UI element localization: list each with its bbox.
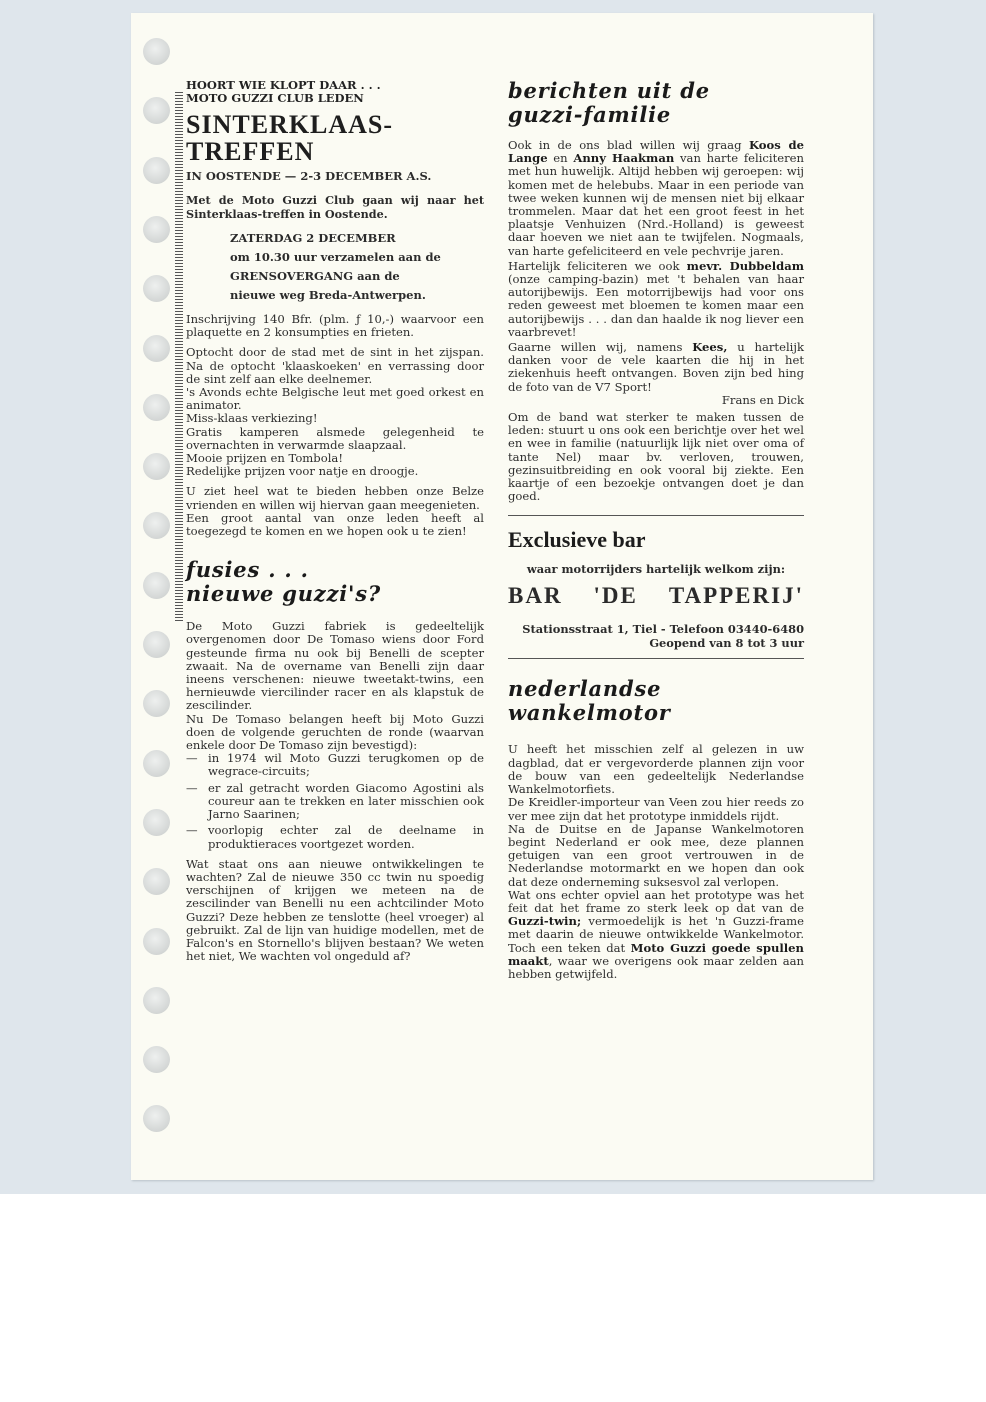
article-title: SINTERKLAAS- TREFFEN <box>186 111 484 165</box>
binder-hole <box>143 868 170 895</box>
paragraph: Een groot aantal van onze leden heeft al… <box>186 512 484 538</box>
paragraph: De Kreidler-importeur van Veen zou hier … <box>508 796 804 822</box>
binder-hole <box>143 512 170 539</box>
heading-line: fusies . . . <box>186 558 484 582</box>
binder-hole <box>143 572 170 599</box>
binder-hole <box>143 97 170 124</box>
name-highlight: Anny Haakman <box>573 151 674 165</box>
paragraph: De Moto Guzzi fabriek is gedeeltelijk ov… <box>186 620 484 712</box>
binder-hole <box>143 453 170 480</box>
paragraph: Gaarne willen wij, namens Kees, u hartel… <box>508 341 804 394</box>
signature: Frans en Dick <box>508 394 804 407</box>
text: , waar we overigens ook maar zelden aan … <box>508 954 804 981</box>
paragraph: Gratis kamperen alsmede gelegenheid te o… <box>186 426 484 452</box>
schedule-line: nieuwe weg Breda-Antwerpen. <box>230 286 484 305</box>
bar-advertisement: Exclusieve bar waar motorrijders harteli… <box>508 528 804 650</box>
bullet-text: er zal getracht worden Giacomo Agostini … <box>208 782 484 822</box>
kicker-line: MOTO GUZZI CLUB LEDEN <box>186 92 484 105</box>
title-line: TREFFEN <box>186 138 484 165</box>
schedule-line: om 10.30 uur verzamelen aan de <box>230 248 484 267</box>
dash-marker: — <box>186 752 208 778</box>
bullet-item: — voorlopig echter zal de deelname in pr… <box>186 824 484 850</box>
schedule-line: ZATERDAG 2 DECEMBER <box>230 229 484 248</box>
heading-line: nieuwe guzzi's? <box>186 582 484 606</box>
bullet-item: — er zal getracht worden Giacomo Agostin… <box>186 782 484 822</box>
paragraph: U heeft het misschien zelf al gelezen in… <box>508 743 804 796</box>
bullet-item: — in 1974 wil Moto Guzzi terugkomen op d… <box>186 752 484 778</box>
left-column: HOORT WIE KLOPT DAAR . . . MOTO GUZZI CL… <box>186 79 484 963</box>
magazine-page: HOORT WIE KLOPT DAAR . . . MOTO GUZZI CL… <box>131 13 873 1180</box>
paragraph: Miss-klaas verkiezing! <box>186 412 484 425</box>
binder-hole <box>143 38 170 65</box>
text: Wat ons echter opviel aan het prototype … <box>508 888 804 915</box>
bullet-text: voorlopig echter zal de deelname in prod… <box>208 824 484 850</box>
paragraph: Wat staat ons aan nieuwe ontwikkelingen … <box>186 858 484 964</box>
text: Gaarne willen wij, namens <box>508 340 692 354</box>
wankel-article: nederlandse wankelmotor U heeft het miss… <box>508 677 804 981</box>
article-subtitle: IN OOSTENDE — 2-3 DECEMBER A.S. <box>186 169 484 183</box>
paragraph: Ook in de ons blad willen wij graag Koos… <box>508 139 804 258</box>
paragraph: Redelijke prijzen voor natje en droogje. <box>186 465 484 478</box>
fusies-article: fusies . . . nieuwe guzzi's? De Moto Guz… <box>186 558 484 963</box>
emphasis: Guzzi-twin; <box>508 914 581 928</box>
dash-marker: — <box>186 782 208 822</box>
paragraph: Inschrijving 140 Bfr. (plm. ƒ 10,-) waar… <box>186 313 484 339</box>
binder-hole <box>143 928 170 955</box>
paragraph: Hartelijk feliciteren we ook mevr. Dubbe… <box>508 260 804 339</box>
text: en <box>548 151 574 165</box>
text: Ook in de ons blad willen wij graag <box>508 138 749 152</box>
binder-hole <box>143 157 170 184</box>
binder-hole <box>143 1046 170 1073</box>
paragraph: 's Avonds echte Belgische leut met goed … <box>186 386 484 412</box>
article-intro: Met de Moto Guzzi Club gaan wij naar het… <box>186 193 484 221</box>
article-heading: berichten uit de guzzi-familie <box>508 79 804 127</box>
binder-hole <box>143 690 170 717</box>
paragraph: Om de band wat sterker te maken tussen d… <box>508 411 804 503</box>
heading-line: guzzi-familie <box>508 103 804 127</box>
familie-article: berichten uit de guzzi-familie Ook in de… <box>508 79 804 503</box>
divider <box>508 515 804 516</box>
paragraph: Wat ons echter opviel aan het prototype … <box>508 889 804 981</box>
ad-subheading: waar motorrijders hartelijk welkom zijn: <box>508 562 804 576</box>
decorative-stripe <box>175 92 183 621</box>
dash-marker: — <box>186 824 208 850</box>
binder-hole <box>143 275 170 302</box>
right-column: berichten uit de guzzi-familie Ook in de… <box>508 79 804 981</box>
ad-heading: Exclusieve bar <box>508 528 804 552</box>
binder-hole <box>143 987 170 1014</box>
heading-line: berichten uit de <box>508 79 804 103</box>
bullet-text: in 1974 wil Moto Guzzi terugkomen op de … <box>208 752 484 778</box>
heading-line: nederlandse <box>508 677 804 701</box>
bar-hours: Geopend van 8 tot 3 uur <box>508 636 804 650</box>
paragraph: Optocht door de stad met de sint in het … <box>186 346 484 386</box>
bar-name-part: BAR <box>508 582 563 610</box>
article-heading: nederlandse wankelmotor <box>508 677 804 725</box>
binder-hole <box>143 216 170 243</box>
divider <box>508 658 804 659</box>
paragraph: Na de Duitse en de Japanse Wankelmotoren… <box>508 823 804 889</box>
text: (onze camping-bazin) met 't behalen van … <box>508 272 804 339</box>
text: Hartelijk feliciteren we ook <box>508 259 687 273</box>
schedule-block: ZATERDAG 2 DECEMBER om 10.30 uur verzame… <box>186 229 484 305</box>
binder-hole <box>143 809 170 836</box>
binder-hole <box>143 335 170 362</box>
bar-name: BAR 'DE TAPPERIJ' <box>508 582 804 610</box>
text: van harte feliciteren met hun huwelijk. … <box>508 151 804 257</box>
bar-name-part: TAPPERIJ' <box>669 582 804 610</box>
binder-hole <box>143 631 170 658</box>
article-heading: fusies . . . nieuwe guzzi's? <box>186 558 484 606</box>
bar-address: Stationsstraat 1, Tiel - Telefoon 03440-… <box>508 622 804 636</box>
sinterklaas-article: HOORT WIE KLOPT DAAR . . . MOTO GUZZI CL… <box>186 79 484 538</box>
paragraph: Nu De Tomaso belangen heeft bij Moto Guz… <box>186 713 484 753</box>
heading-line: wankelmotor <box>508 701 804 725</box>
name-highlight: Kees, <box>692 340 727 354</box>
binder-hole <box>143 394 170 421</box>
bar-name-part: 'DE <box>594 582 638 610</box>
name-highlight: mevr. Dubbeldam <box>687 259 804 273</box>
title-line: SINTERKLAAS- <box>186 111 484 138</box>
schedule-line: GRENSOVERGANG aan de <box>230 267 484 286</box>
paragraph: U ziet heel wat te bieden hebben onze Be… <box>186 485 484 511</box>
binder-hole <box>143 1105 170 1132</box>
binder-hole <box>143 750 170 777</box>
